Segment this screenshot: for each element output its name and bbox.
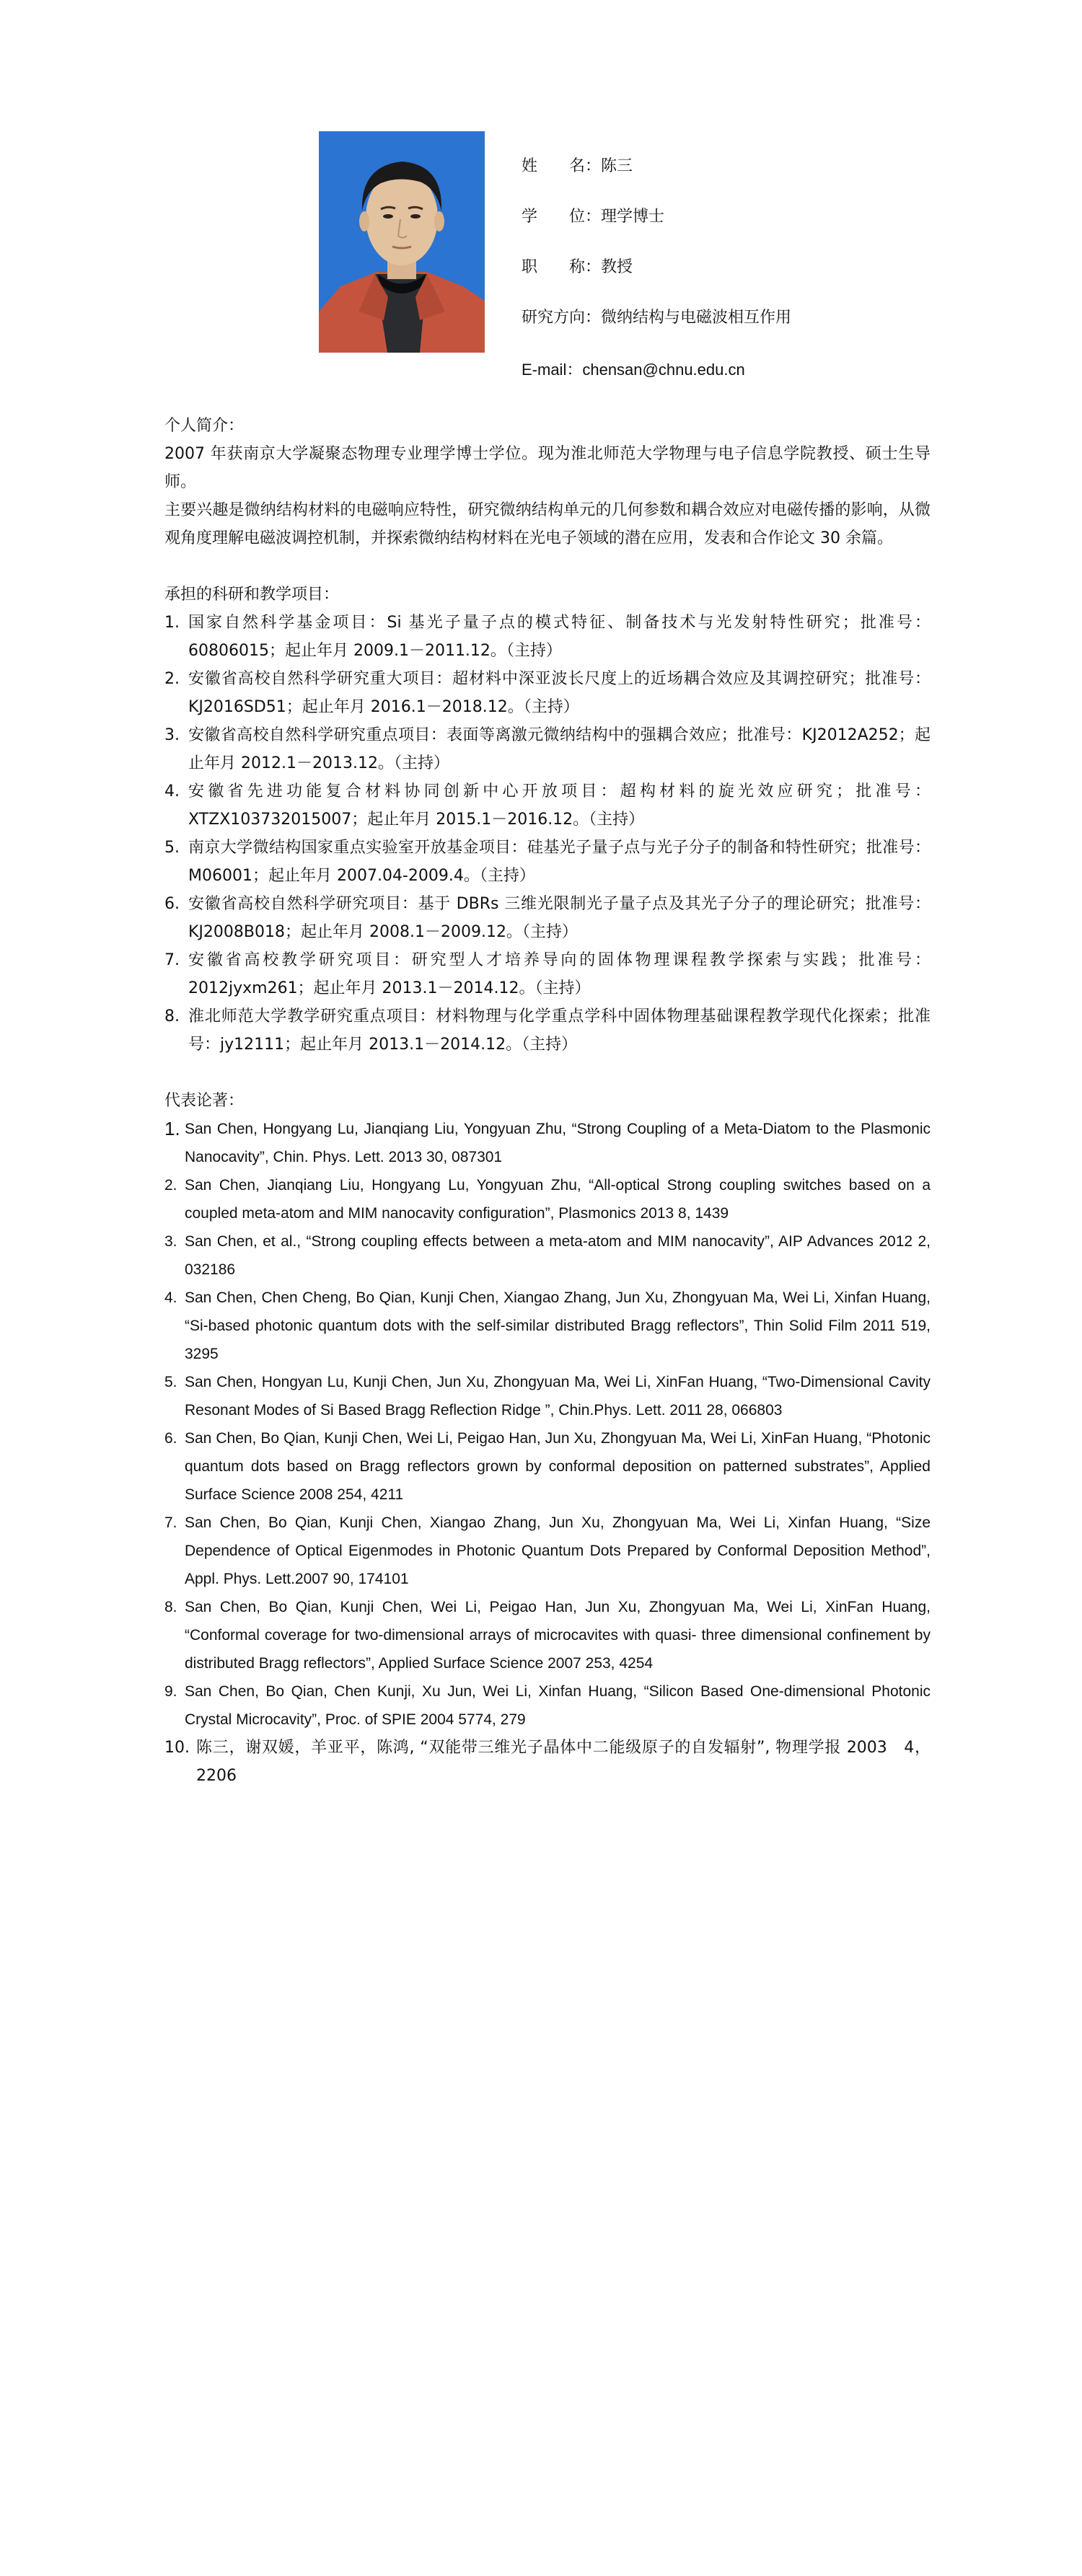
item-number: 7. — [164, 1509, 177, 1537]
project-text: 安徽省高校自然科学研究重点项目：表面等离激元微纳结构中的强耦合效应；批准号：KJ… — [188, 726, 931, 772]
title-label: 职 称： — [522, 257, 601, 278]
project-text: 安徽省高校自然科学研究重大项目：超材料中深亚波长尺度上的近场耦合效应及其调控研究… — [188, 670, 931, 716]
paper-text: San Chen, Hongyan Lu, Kunji Chen, Jun Xu… — [185, 1374, 931, 1419]
item-number: 5. — [164, 834, 180, 862]
papers-section: 代表论著： 1.San Chen, Hongyang Lu, Jianqiang… — [164, 1087, 931, 1790]
bio-paragraph: 2007 年获南京大学凝聚态物理专业理学博士学位。现为淮北师范大学物理与电子信息… — [164, 440, 931, 496]
info-row-degree: 学 位： 理学博士 — [522, 192, 925, 242]
item-number: 3. — [164, 721, 180, 749]
paper-item: 5.San Chen, Hongyan Lu, Kunji Chen, Jun … — [164, 1368, 931, 1424]
paper-text: San Chen, Hongyang Lu, Jianqiang Liu, Yo… — [185, 1121, 931, 1165]
bio-title: 个人简介： — [164, 412, 931, 440]
project-item: 4.安徽省先进功能复合材料协同创新中心开放项目：超构材料的旋光效应研究；批准号：… — [164, 777, 931, 834]
item-number: 10. — [164, 1734, 190, 1762]
item-number: 7. — [164, 946, 180, 974]
paper-item: 9.San Chen, Bo Qian, Chen Kunji, Xu Jun,… — [164, 1677, 931, 1734]
papers-title: 代表论著： — [164, 1087, 931, 1115]
item-number: 4. — [164, 1284, 177, 1312]
resume-page: 姓 名： 陈三 学 位： 理学博士 职 称： 教授 研究方向： 微纳结构与电磁波… — [0, 0, 1082, 2576]
project-item: 6.安徽省高校自然科学研究项目：基于 DBRs 三维光限制光子量子点及其光子分子… — [164, 890, 931, 946]
paper-text: San Chen, Bo Qian, Kunji Chen, Wei Li, P… — [185, 1599, 931, 1672]
info-row-title: 职 称： 教授 — [522, 242, 925, 293]
portrait-image — [319, 131, 485, 353]
projects-section: 承担的科研和教学项目： 1.国家自然科学基金项目：Si 基光子量子点的模式特征、… — [164, 581, 931, 1059]
paper-text: San Chen, et al., “Strong coupling effec… — [185, 1233, 931, 1278]
item-number: 9. — [164, 1677, 177, 1706]
project-item: 1.国家自然科学基金项目：Si 基光子量子点的模式特征、制备技术与光发射特性研究… — [164, 609, 931, 665]
paper-text: San Chen, Jianqiang Liu, Hongyang Lu, Yo… — [185, 1177, 931, 1222]
email-value[interactable]: chensan@chnu.edu.cn — [582, 359, 744, 381]
projects-title: 承担的科研和教学项目： — [164, 581, 931, 609]
project-text: 安徽省高校教学研究项目：研究型人才培养导向的固体物理课程教学探索与实践；批准号：… — [188, 951, 931, 997]
item-number: 2. — [164, 665, 180, 693]
project-item: 5.南京大学微结构国家重点实验室开放基金项目：硅基光子量子点与光子分子的制备和特… — [164, 834, 931, 890]
paper-text: San Chen, Bo Qian, Kunji Chen, Xiangao Z… — [185, 1514, 931, 1587]
title-value: 教授 — [601, 257, 633, 278]
paper-item: 2.San Chen, Jianqiang Liu, Hongyang Lu, … — [164, 1171, 931, 1227]
paper-text: 陈三，谢双媛，羊亚平，陈鸿, “双能带三维光子晶体中二能级原子的自发辐射”, 物… — [196, 1739, 931, 1785]
paper-item: 3.San Chen, et al., “Strong coupling eff… — [164, 1227, 931, 1284]
project-item: 2.安徽省高校自然科学研究重大项目：超材料中深亚波长尺度上的近场耦合效应及其调控… — [164, 665, 931, 721]
bio-paragraph: 主要兴趣是微纳结构材料的电磁响应特性，研究微纳结构单元的几何参数和耦合效应对电磁… — [164, 496, 931, 552]
paper-text: San Chen, Bo Qian, Chen Kunji, Xu Jun, W… — [185, 1683, 931, 1728]
item-number: 5. — [164, 1368, 177, 1396]
project-text: 南京大学微结构国家重点实验室开放基金项目：硅基光子量子点与光子分子的制备和特性研… — [188, 839, 931, 885]
degree-label: 学 位： — [522, 206, 601, 228]
degree-value: 理学博士 — [601, 206, 664, 228]
info-row-research: 研究方向： 微纳结构与电磁波相互作用 — [522, 293, 925, 343]
email-label: E-mail： — [522, 359, 582, 381]
item-number: 6. — [164, 1424, 177, 1452]
info-row-name: 姓 名： 陈三 — [522, 141, 925, 192]
name-label: 姓 名： — [522, 156, 601, 177]
spacer — [164, 1059, 931, 1087]
main-content: 个人简介： 2007 年获南京大学凝聚态物理专业理学博士学位。现为淮北师范大学物… — [164, 412, 931, 1790]
paper-item: 6.San Chen, Bo Qian, Kunji Chen, Wei Li,… — [164, 1424, 931, 1509]
profile-info: 姓 名： 陈三 学 位： 理学博士 职 称： 教授 研究方向： 微纳结构与电磁波… — [522, 141, 925, 395]
name-value: 陈三 — [601, 156, 633, 177]
item-number: 6. — [164, 890, 180, 918]
paper-item: 7.San Chen, Bo Qian, Kunji Chen, Xiangao… — [164, 1509, 931, 1593]
item-number: 8. — [164, 1002, 180, 1031]
project-text: 国家自然科学基金项目：Si 基光子量子点的模式特征、制备技术与光发射特性研究；批… — [188, 614, 931, 660]
item-number: 8. — [164, 1593, 177, 1621]
project-item: 8.淮北师范大学教学研究重点项目：材料物理与化学重点学科中固体物理基础课程教学现… — [164, 1002, 931, 1059]
papers-list: 1.San Chen, Hongyang Lu, Jianqiang Liu, … — [164, 1115, 931, 1790]
project-item: 3.安徽省高校自然科学研究重点项目：表面等离激元微纳结构中的强耦合效应；批准号：… — [164, 721, 931, 777]
info-row-email: E-mail： chensan@chnu.edu.cn — [522, 345, 925, 395]
project-text: 淮北师范大学教学研究重点项目：材料物理与化学重点学科中固体物理基础课程教学现代化… — [188, 1007, 931, 1054]
project-item: 7.安徽省高校教学研究项目：研究型人才培养导向的固体物理课程教学探索与实践；批准… — [164, 946, 931, 1002]
project-text: 安徽省先进功能复合材料协同创新中心开放项目：超构材料的旋光效应研究；批准号：XT… — [188, 782, 931, 829]
paper-item: 8.San Chen, Bo Qian, Kunji Chen, Wei Li,… — [164, 1593, 931, 1677]
item-number: 1. — [164, 1115, 180, 1143]
paper-text: San Chen, Bo Qian, Kunji Chen, Wei Li, P… — [185, 1430, 931, 1503]
item-number: 2. — [164, 1171, 177, 1199]
bio-section: 个人简介： 2007 年获南京大学凝聚态物理专业理学博士学位。现为淮北师范大学物… — [164, 412, 931, 552]
research-label: 研究方向： — [522, 307, 601, 329]
projects-list: 1.国家自然科学基金项目：Si 基光子量子点的模式特征、制备技术与光发射特性研究… — [164, 609, 931, 1059]
item-number: 1. — [164, 609, 180, 637]
project-text: 安徽省高校自然科学研究项目：基于 DBRs 三维光限制光子量子点及其光子分子的理… — [188, 895, 931, 941]
paper-item: 1.San Chen, Hongyang Lu, Jianqiang Liu, … — [164, 1115, 931, 1171]
research-value: 微纳结构与电磁波相互作用 — [601, 307, 791, 329]
portrait-photo — [319, 131, 485, 353]
spacer — [164, 552, 931, 581]
paper-item: 4.San Chen, Chen Cheng, Bo Qian, Kunji C… — [164, 1284, 931, 1368]
paper-text: San Chen, Chen Cheng, Bo Qian, Kunji Che… — [185, 1289, 931, 1362]
paper-item: 10.陈三，谢双媛，羊亚平，陈鸿, “双能带三维光子晶体中二能级原子的自发辐射”… — [164, 1734, 931, 1790]
item-number: 4. — [164, 777, 180, 806]
item-number: 3. — [164, 1227, 177, 1256]
